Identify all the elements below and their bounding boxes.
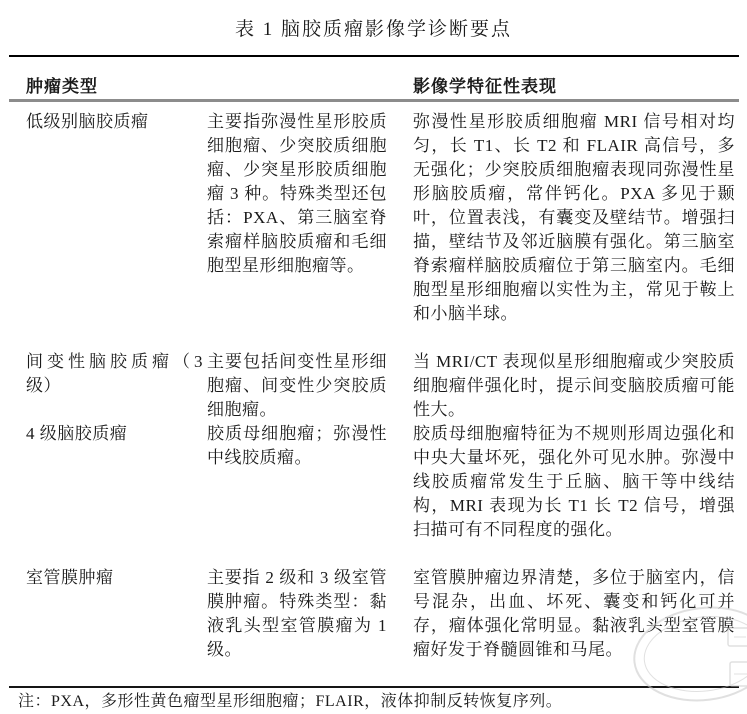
table-row: 低级别脑胶质瘤 主要指弥漫性星形胶质细胞瘤、少突胶质细胞瘤、少突星形胶质细胞瘤 … [26, 110, 735, 350]
tumor-definition-cell: 主要包括间变性星形细胞瘤、间变性少突胶质细胞瘤。 [207, 350, 413, 422]
header-separator-rule [9, 99, 739, 102]
table-row: 室管膜肿瘤 主要指 2 级和 3 级室管膜肿瘤。特殊类型：黏液乳头型室管膜瘤为 … [26, 566, 735, 686]
table-header-row: 肿瘤类型 影像学特征性表现 [26, 72, 735, 97]
tumor-type-cell: 室管膜肿瘤 [26, 566, 207, 686]
bottom-rule [9, 686, 739, 688]
table-row: 4 级脑胶质瘤 胶质母细胞瘤；弥漫性中线胶质瘤。 胶质母细胞瘤特征为不规则形周边… [26, 422, 735, 566]
top-rule [9, 55, 739, 57]
table-title: 表 1 脑胶质瘤影像学诊断要点 [0, 14, 747, 41]
imaging-features-cell: 当 MRI/CT 表现似星形细胞瘤或少突胶质细胞瘤伴强化时，提示间变脑胶质瘤可能… [413, 350, 735, 422]
table-row: 间变性脑胶质瘤（3 级） 主要包括间变性星形细胞瘤、间变性少突胶质细胞瘤。 当 … [26, 350, 735, 422]
tumor-definition-cell: 胶质母细胞瘤；弥漫性中线胶质瘤。 [207, 422, 413, 566]
imaging-features-cell: 胶质母细胞瘤特征为不规则形周边强化和中央大量坏死，强化外可见水肿。弥漫中线胶质瘤… [413, 422, 735, 566]
tumor-type-cell: 4 级脑胶质瘤 [26, 422, 207, 566]
tumor-type-cell: 间变性脑胶质瘤（3 级） [26, 350, 207, 422]
column-header-tumor-type: 肿瘤类型 [26, 72, 413, 97]
table-footnote: 注：PXA，多形性黄色瘤型星形细胞瘤；FLAIR，液体抑制反转恢复序列。 [18, 691, 738, 713]
imaging-features-cell: 弥漫性星形胶质细胞瘤 MRI 信号相对均匀，长 T1、长 T2 和 FLAIR … [413, 110, 735, 350]
column-header-imaging-features: 影像学特征性表现 [413, 72, 735, 97]
tumor-definition-cell: 主要指弥漫性星形胶质细胞瘤、少突胶质细胞瘤、少突星形胶质细胞瘤 3 种。特殊类型… [207, 110, 413, 350]
table-body: 低级别脑胶质瘤 主要指弥漫性星形胶质细胞瘤、少突胶质细胞瘤、少突星形胶质细胞瘤 … [26, 110, 735, 686]
tumor-definition-cell: 主要指 2 级和 3 级室管膜肿瘤。特殊类型：黏液乳头型室管膜瘤为 1 级。 [207, 566, 413, 686]
tumor-type-cell: 低级别脑胶质瘤 [26, 110, 207, 350]
imaging-features-cell: 室管膜肿瘤边界清楚，多位于脑室内，信号混杂，出血、坏死、囊变和钙化可并存，瘤体强… [413, 566, 735, 686]
document-page: 表 1 脑胶质瘤影像学诊断要点 肿瘤类型 影像学特征性表现 低级别脑胶质瘤 主要… [0, 0, 747, 714]
